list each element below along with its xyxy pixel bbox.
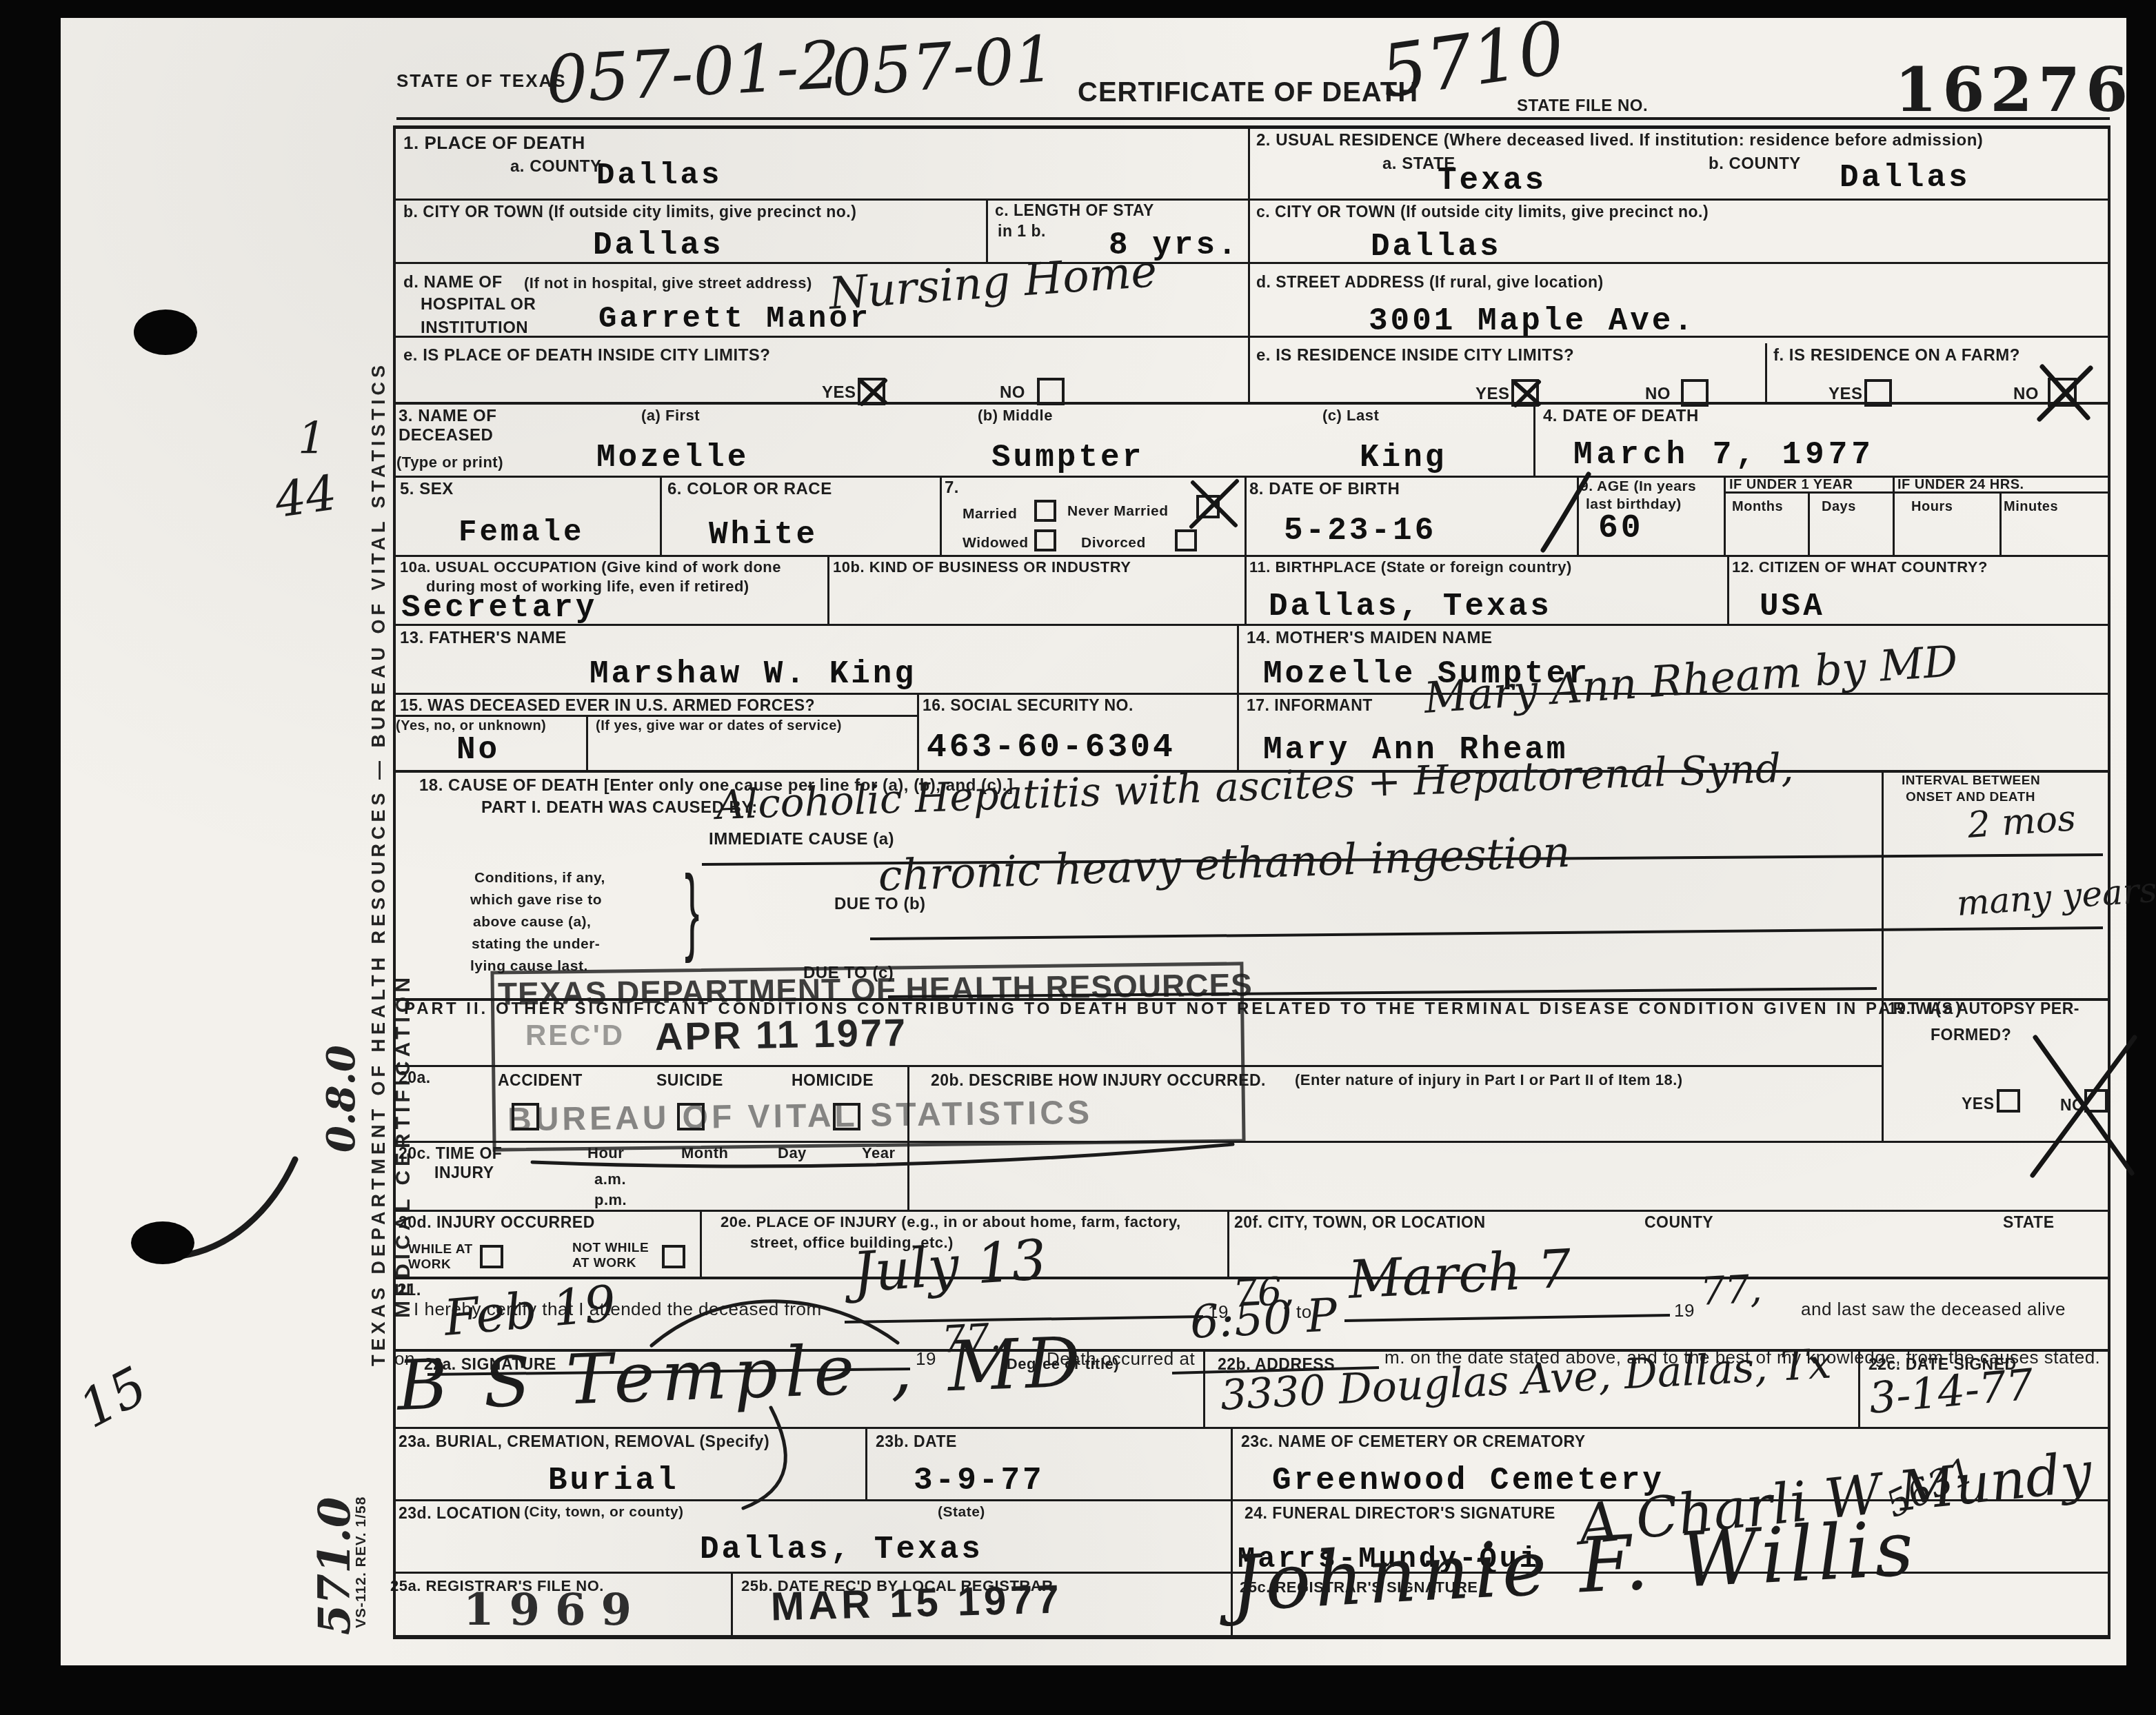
- burial-location-label: 23d. LOCATION: [399, 1504, 521, 1523]
- marital-item-label: 7.: [945, 478, 959, 498]
- name-label: 3. NAME OF: [399, 407, 496, 426]
- citizen-label: 12. CITIZEN OF WHAT COUNTRY?: [1732, 558, 1988, 576]
- days-label: Days: [1822, 499, 1856, 515]
- birthplace-value: Dallas, Texas: [1269, 589, 1552, 625]
- informant-handwritten: Mary Ann Rheam by MD: [1422, 636, 1959, 723]
- length-of-stay-sub: in 1 b.: [998, 222, 1046, 241]
- injury-20a-label: 20a.: [399, 1068, 431, 1087]
- burial-location-value: Dallas, Texas: [700, 1532, 983, 1567]
- race-label: 6. COLOR OR RACE: [667, 480, 832, 499]
- residence-limits-yes: YES: [1475, 385, 1510, 404]
- date-of-death-value: March 7, 1977: [1573, 437, 1875, 473]
- state-file-no-label: STATE FILE NO.: [1517, 97, 1648, 116]
- due-to-b-handwritten: chronic heavy ethanol ingestion: [877, 826, 1571, 901]
- month-label: Month: [681, 1144, 728, 1162]
- age-value: 60: [1598, 510, 1644, 547]
- certificate-title: CERTIFICATE OF DEATH: [1078, 77, 1418, 108]
- farm-yes: YES: [1828, 385, 1863, 404]
- suicide-label: SUICIDE: [656, 1071, 723, 1090]
- autopsy-no: NO: [2060, 1096, 2085, 1115]
- margin-note-44: 44: [272, 464, 341, 529]
- hospital-label-paren: (If not in hospital, give street address…: [524, 274, 812, 292]
- residence-city-value: Dallas: [1371, 229, 1502, 265]
- last-name-label: (c) Last: [1322, 407, 1379, 425]
- hour-label: Hour: [587, 1144, 624, 1162]
- injury-state-label: STATE: [2003, 1213, 2054, 1232]
- immediate-cause-handwritten: Alcoholic Hepatitis with ascites + Hepat…: [716, 744, 1795, 829]
- received-stamp-bureau: BUREAU OF VITAL STATISTICS: [507, 1094, 1094, 1139]
- state-file-number: 16276: [1895, 54, 2133, 125]
- injury-20b-paren: (Enter nature of injury in Part I or Par…: [1295, 1071, 1683, 1089]
- residence-city-label: c. CITY OR TOWN (If outside city limits,…: [1256, 203, 1709, 221]
- burial-date-value: 3-9-77: [914, 1463, 1045, 1499]
- middle-name-label: (b) Middle: [978, 407, 1053, 425]
- form-revision-label: VS-112. REV. 1/58: [353, 1496, 370, 1628]
- sex-value: Female: [459, 516, 584, 550]
- place-city-value: Dallas: [593, 227, 724, 263]
- residence-county-label: b. COUNTY: [1709, 154, 1801, 174]
- funeral-director-label: 24. FUNERAL DIRECTOR'S SIGNATURE: [1245, 1504, 1555, 1523]
- alive-on-handwritten: Feb 19: [442, 1275, 618, 1347]
- hospital-label: d. NAME OF: [403, 273, 503, 292]
- informant-label: 17. INFORMANT: [1247, 696, 1373, 715]
- autopsy-label: 19. WAS AUTOPSY PER-: [1888, 999, 2079, 1018]
- minutes-label: Minutes: [2004, 499, 2058, 515]
- race-value: White: [709, 517, 818, 553]
- conditions-label-a: Conditions, if any,: [474, 870, 605, 886]
- autopsy-label-2: FORMED?: [1931, 1026, 2011, 1044]
- time-of-injury-label-2: INJURY: [434, 1164, 494, 1182]
- birthplace-label: 11. BIRTHPLACE (State or foreign country…: [1249, 558, 1572, 576]
- street-address-value: 3001 Maple Ave.: [1369, 303, 1695, 339]
- hours-label: Hours: [1911, 499, 1953, 515]
- handwritten-code-left: 057-01-2: [544, 28, 842, 119]
- margin-note-15: 15: [69, 1354, 157, 1440]
- street-address-label: d. STREET ADDRESS (If rural, give locati…: [1256, 273, 1604, 292]
- injury-city-label: 20f. CITY, TOWN, OR LOCATION: [1234, 1213, 1486, 1232]
- year-2-handwritten: 77,: [1700, 1266, 1763, 1315]
- while-at-work-label-2: WORK: [408, 1257, 451, 1272]
- homicide-label: HOMICIDE: [792, 1071, 874, 1090]
- handwritten-code-right: 057-01: [829, 22, 1057, 111]
- immediate-interval-handwritten: 2 mos: [1966, 798, 2077, 846]
- name-label-2: DECEASED: [399, 426, 493, 445]
- father-value: Marshaw W. King: [590, 656, 916, 692]
- residence-limits-label: e. IS RESIDENCE INSIDE CITY LIMITS?: [1256, 346, 1574, 365]
- injury-county-label: COUNTY: [1644, 1213, 1713, 1232]
- place-limits-label: e. IS PLACE OF DEATH INSIDE CITY LIMITS?: [403, 346, 770, 365]
- ssn-label: 16. SOCIAL SECURITY NO.: [923, 696, 1134, 715]
- middle-name-value: Sumpter: [991, 440, 1144, 476]
- place-city-label: b. CITY OR TOWN (If outside city limits,…: [403, 203, 856, 221]
- burial-location-sub-b: (State): [938, 1504, 985, 1521]
- registrar-recd-stamp: MAR 15 1977: [770, 1576, 1063, 1630]
- pm-label: p.m.: [594, 1191, 627, 1209]
- farm-no: NO: [2013, 385, 2039, 404]
- armed-forces-value: No: [456, 732, 500, 768]
- interval-label: INTERVAL BETWEEN: [1902, 773, 2040, 789]
- residence-county-value: Dallas: [1840, 160, 1971, 196]
- not-while-label: NOT WHILE: [572, 1241, 649, 1256]
- conditions-label-d: stating the under-: [472, 936, 600, 953]
- attended-to-handwritten: March 7: [1347, 1237, 1573, 1310]
- residence-heading: 2. USUAL RESIDENCE (Where deceased lived…: [1256, 131, 1983, 150]
- injury-20b-label: 20b. DESCRIBE HOW INJURY OCCURRED.: [931, 1071, 1266, 1090]
- place-of-death-heading: 1. PLACE OF DEATH: [403, 132, 585, 154]
- autopsy-yes: YES: [1962, 1095, 1995, 1113]
- year-prefix-2: 19: [1674, 1300, 1695, 1321]
- father-label: 13. FATHER'S NAME: [400, 629, 567, 648]
- place-county-value: Dallas: [596, 159, 722, 193]
- hospital-label-2: HOSPITAL OR: [421, 295, 536, 314]
- margin-note-1: 1: [298, 414, 326, 465]
- day-label: Day: [778, 1144, 807, 1162]
- hospital-label-3: INSTITUTION: [421, 318, 528, 338]
- months-label: Months: [1732, 499, 1783, 515]
- name-label-3: (Type or print): [396, 454, 503, 471]
- injury-occurred-label: 20d. INJURY OCCURRED: [399, 1213, 595, 1232]
- residence-state-value: Texas: [1438, 163, 1547, 199]
- armed-forces-sub-b: (If yes, give war or dates of service): [596, 718, 842, 734]
- date-of-death-label: 4. DATE OF DEATH: [1543, 407, 1699, 426]
- certificate-paper: STATE OF TEXAS 057-01-2 057-01 CERTIFICA…: [61, 18, 2126, 1665]
- dob-value: 5-23-16: [1284, 513, 1436, 549]
- due-to-b-interval-handwritten: many years: [1955, 870, 2156, 924]
- received-stamp-date: APR 11 1977: [654, 1010, 907, 1059]
- farm-label: f. IS RESIDENCE ON A FARM?: [1773, 346, 2020, 365]
- last-name-value: King: [1360, 440, 1447, 476]
- widowed-label: Widowed: [963, 535, 1028, 551]
- first-name-value: Mozelle: [596, 440, 749, 476]
- conditions-label-c: above cause (a),: [473, 914, 591, 931]
- length-of-stay-label: c. LENGTH OF STAY: [995, 201, 1154, 220]
- residence-limits-no: NO: [1645, 385, 1671, 404]
- burial-location-sub-a: (City, town, or county): [524, 1504, 684, 1521]
- dob-label: 8. DATE OF BIRTH: [1249, 480, 1400, 499]
- place-county-label: a. COUNTY: [510, 157, 602, 176]
- hospital-handwritten: Nursing Home: [827, 246, 1159, 320]
- burial-date-label: 23b. DATE: [876, 1432, 957, 1451]
- citizen-value: USA: [1760, 589, 1825, 625]
- industry-label: 10b. KIND OF BUSINESS OR INDUSTRY: [833, 558, 1131, 576]
- ssn-value: 463-60-6304: [927, 729, 1176, 767]
- under-24-hrs-label: IF UNDER 24 HRS.: [1897, 477, 2024, 493]
- attended-from-handwritten: July 13: [851, 1228, 1049, 1305]
- occupation-value: Secretary: [401, 590, 597, 626]
- conditions-brace: }: [685, 853, 700, 966]
- divorced-label: Divorced: [1081, 535, 1146, 551]
- bureau-vertical-label: TEXAS DEPARTMENT OF HEALTH RESOURCES — B…: [368, 361, 390, 1366]
- conditions-label-b: which gave rise to: [470, 892, 602, 909]
- burial-label: 23a. BURIAL, CREMATION, REMOVAL (Specify…: [399, 1432, 769, 1451]
- margin-note-080: 0.8.0: [319, 1045, 364, 1153]
- received-stamp-recd: REC'D: [525, 1019, 625, 1052]
- immediate-cause-label: IMMEDIATE CAUSE (a): [709, 830, 894, 849]
- not-while-label-2: AT WORK: [572, 1256, 636, 1271]
- certify-item-label: 21.: [397, 1281, 421, 1300]
- certify-line1-end: and last saw the deceased alive: [1801, 1299, 2066, 1320]
- scanned-death-certificate: STATE OF TEXAS 057-01-2 057-01 CERTIFICA…: [0, 0, 2156, 1715]
- registrar-file-number: 1969: [463, 1584, 647, 1636]
- place-limits-yes: YES: [822, 383, 856, 403]
- state-of-texas-label: STATE OF TEXAS: [396, 70, 567, 92]
- am-label: a.m.: [594, 1170, 626, 1188]
- death-time-handwritten: 6:50 P: [1189, 1288, 1338, 1349]
- married-label: Married: [963, 506, 1017, 522]
- age-label: 9. AGE (In years: [1580, 478, 1696, 495]
- never-married-label: Never Married: [1067, 503, 1169, 520]
- armed-forces-label: 15. WAS DECEASED EVER IN U.S. ARMED FORC…: [400, 696, 815, 715]
- burial-value: Burial: [548, 1463, 679, 1499]
- while-at-work-label: WHILE AT: [408, 1242, 473, 1257]
- place-of-injury-label: 20e. PLACE OF INJURY (e.g., in or about …: [721, 1213, 1181, 1231]
- year-label: Year: [862, 1144, 896, 1162]
- mother-label: 14. MOTHER'S MAIDEN NAME: [1247, 629, 1492, 648]
- place-limits-no: NO: [1000, 383, 1025, 403]
- occupation-label: 10a. USUAL OCCUPATION (Give kind of work…: [400, 558, 781, 576]
- accident-label: ACCIDENT: [498, 1071, 583, 1090]
- sex-label: 5. SEX: [400, 480, 454, 499]
- first-name-label: (a) First: [641, 407, 700, 425]
- cemetery-label: 23c. NAME OF CEMETERY OR CREMATORY: [1241, 1432, 1586, 1451]
- time-of-injury-label: 20c. TIME OF: [399, 1144, 502, 1163]
- under-1-year-label: IF UNDER 1 YEAR: [1729, 477, 1853, 493]
